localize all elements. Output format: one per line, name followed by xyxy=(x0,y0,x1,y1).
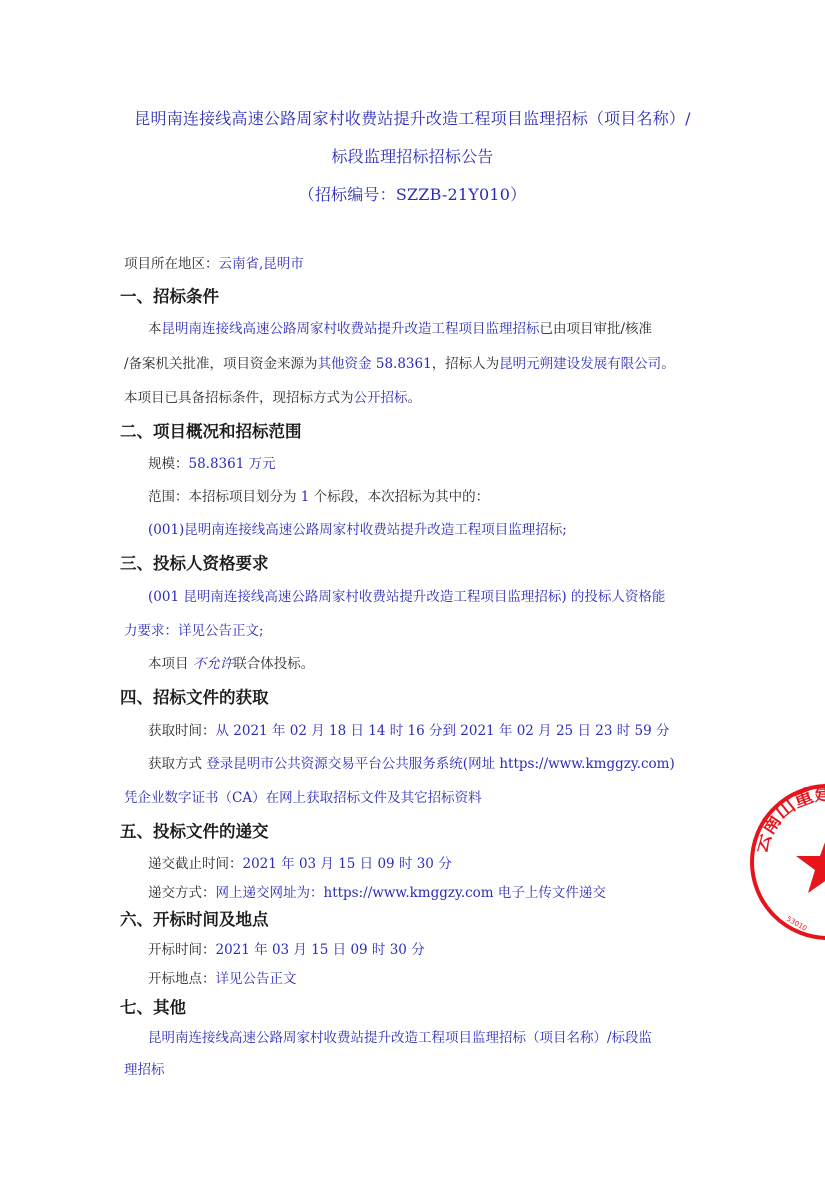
acquire-method-continued: 凭企业数字证书（CA）在网上获取招标文件及其它招标资料 xyxy=(124,788,482,808)
section-3-heading: 三、投标人资格要求 xyxy=(120,552,269,576)
qualification-line-1: (001 昆明南连接线高速公路周家村收费站提升改造工程项目监理招标) 的投标人资… xyxy=(148,587,665,607)
region-value: 云南省,昆明市 xyxy=(219,256,304,272)
opening-time-value: 2021 年 03 月 15 日 09 时 30 分 xyxy=(216,942,425,958)
opening-time-label: 开标时间： xyxy=(148,942,216,958)
text: 。 xyxy=(661,356,675,372)
opening-place-label: 开标地点： xyxy=(148,971,216,987)
scale-label: 规模： xyxy=(148,456,189,472)
lot-item: (001)昆明南连接线高速公路周家村收费站提升改造工程项目监理招标; xyxy=(148,520,567,540)
project-region: 项目所在地区：云南省,昆明市 xyxy=(124,254,304,274)
other-line-1: 昆明南连接线高速公路周家村收费站提升改造工程项目监理招标（项目名称）/标段监 xyxy=(148,1028,652,1048)
section-4-heading: 四、招标文件的获取 xyxy=(120,686,269,710)
tender-code: （招标编号：SZZB-21Y010） xyxy=(100,180,725,210)
acquire-time-value: 从 2021 年 02 月 18 日 14 时 16 分到 2021 年 02 … xyxy=(216,723,670,739)
opening-place: 开标地点：详见公告正文 xyxy=(148,969,297,989)
acquire-time: 获取时间：从 2021 年 02 月 18 日 14 时 16 分到 2021 … xyxy=(148,721,669,741)
acquire-method-label: 获取方式 xyxy=(148,756,206,772)
joint-bid-policy: 本项目 不允许联合体投标。 xyxy=(148,654,314,674)
section-7-heading: 七、其他 xyxy=(120,996,186,1020)
text: 本项目 xyxy=(148,656,193,672)
seal-graphic: 云南山重建设工程 53010 xyxy=(748,782,825,942)
document-page: 昆明南连接线高速公路周家村收费站提升改造工程项目监理招标（项目名称）/ 标段监理… xyxy=(0,0,825,1200)
submit-deadline-value: 2021 年 03 月 15 日 09 时 30 分 xyxy=(243,856,452,872)
text: 本 xyxy=(148,321,162,337)
submit-deadline: 递交截止时间：2021 年 03 月 15 日 09 时 30 分 xyxy=(148,854,452,874)
text: 。 xyxy=(408,390,422,406)
other-line-2: 理招标 xyxy=(124,1060,165,1080)
text: 个标段，本次招标为其中的： xyxy=(314,489,490,505)
section-6-heading: 六、开标时间及地点 xyxy=(120,908,269,932)
fund-source: 其他资金 58.8361 xyxy=(318,356,432,372)
section-1-para-line-3: 本项目已具备招标条件，现招标方式为公开招标。 xyxy=(124,388,421,408)
submit-method-label: 递交方式： xyxy=(148,885,216,901)
text: ，招标人为 xyxy=(432,356,500,372)
text: 范围：本招标项目划分为 xyxy=(148,489,297,505)
tender-code-prefix: （招标编号： xyxy=(299,185,396,204)
joint-bid-value: 不允许 xyxy=(193,656,234,672)
scale-value: 58.8361 万元 xyxy=(189,456,276,472)
project-name: 昆明南连接线高速公路周家村收费站提升改造工程项目监理招标 xyxy=(162,321,540,337)
seal-text: 云南山重建设工程 xyxy=(749,782,825,856)
lot-count: 1 xyxy=(297,489,314,505)
text: 联合体投标。 xyxy=(233,656,314,672)
submit-method: 递交方式：网上递交网址为：https://www.kmggzy.com 电子上传… xyxy=(148,883,606,903)
tender-code-suffix: ） xyxy=(510,185,526,204)
acquire-time-label: 获取时间： xyxy=(148,723,216,739)
company-seal: 云南山重建设工程 53010 xyxy=(748,782,825,942)
section-1-para-line-1: 本昆明南连接线高速公路周家村收费站提升改造工程项目监理招标已由项目审批/核准 xyxy=(148,319,652,339)
text: 已由项目审批/核准 xyxy=(540,321,653,337)
project-scale: 规模：58.8361 万元 xyxy=(148,454,276,474)
section-5-heading: 五、投标文件的递交 xyxy=(120,820,269,844)
project-range: 范围：本招标项目划分为 1 个标段，本次招标为其中的： xyxy=(148,487,489,507)
tenderer-name: 昆明元朔建设发展有限公司 xyxy=(499,356,661,372)
submit-deadline-label: 递交截止时间： xyxy=(148,856,243,872)
star-icon xyxy=(796,834,825,893)
document-title: 昆明南连接线高速公路周家村收费站提升改造工程项目监理招标（项目名称）/ 标段监理… xyxy=(100,104,725,210)
opening-time: 开标时间：2021 年 03 月 15 日 09 时 30 分 xyxy=(148,940,425,960)
region-label: 项目所在地区： xyxy=(124,256,219,272)
opening-place-value: 详见公告正文 xyxy=(216,971,297,987)
title-line-1: 昆明南连接线高速公路周家村收费站提升改造工程项目监理招标（项目名称）/ xyxy=(100,104,725,142)
section-1-para-line-2: /备案机关批准，项目资金来源为其他资金 58.8361，招标人为昆明元朔建设发展… xyxy=(124,354,675,374)
section-1-heading: 一、招标条件 xyxy=(120,285,219,309)
tender-code-value: SZZB-21Y010 xyxy=(396,185,510,204)
text: /备案机关批准，项目资金来源为 xyxy=(124,356,318,372)
acquire-method: 获取方式 登录昆明市公共资源交易平台公共服务系统(网址 https://www.… xyxy=(148,754,675,774)
tender-method: 公开招标 xyxy=(354,390,408,406)
text: 本项目已具备招标条件，现招标方式为 xyxy=(124,390,354,406)
acquire-method-value: 登录昆明市公共资源交易平台公共服务系统(网址 https://www.kmggz… xyxy=(206,756,674,772)
title-line-2: 标段监理招标招标公告 xyxy=(100,142,725,180)
qualification-line-2: 力要求：详见公告正文; xyxy=(124,621,264,641)
submit-method-value: 网上递交网址为：https://www.kmggzy.com 电子上传文件递交 xyxy=(216,885,606,901)
section-2-heading: 二、项目概况和招标范围 xyxy=(120,420,302,444)
svg-text:云南山重建设工程: 云南山重建设工程 xyxy=(749,782,825,856)
